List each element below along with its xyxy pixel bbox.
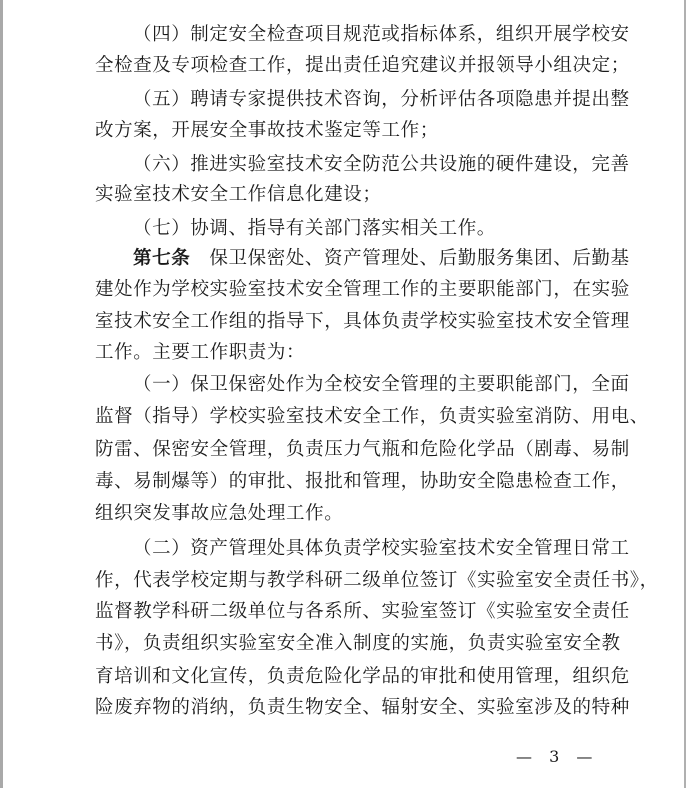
text-line: 第七条 保卫保密处、资产管理处、后勤服务集团、后勤基 bbox=[133, 248, 603, 270]
text-line: （二）资产管理处具体负责学校实验室技术安全管理日常工 bbox=[133, 538, 603, 560]
line-text: 组织突发事故应急处理工作。 bbox=[95, 503, 343, 524]
line-text: （四）制定安全检查项目规范或指标体系，组织开展学校安 bbox=[133, 24, 630, 45]
viewer-left-border bbox=[0, 0, 3, 788]
line-text: （一）保卫保密处作为全校安全管理的主要职能部门，全面 bbox=[133, 374, 630, 395]
line-text: 监督（指导）学校实验室技术安全工作，负责实验室消防、用电、 bbox=[95, 406, 649, 427]
text-line: （一）保卫保密处作为全校安全管理的主要职能部门，全面 bbox=[133, 374, 603, 396]
line-text: 全检查及专项检查工作，提出责任追究建议并报领导小组决定； bbox=[95, 55, 630, 76]
text-line: 监督（指导）学校实验室技术安全工作，负责实验室消防、用电、 bbox=[95, 406, 603, 428]
line-text: 作，代表学校定期与教学科研二级单位签订《实验室安全责任书》， bbox=[95, 570, 659, 591]
line-text: 书》，负责组织实验室安全准入制度的实施，负责实验室安全教 bbox=[95, 633, 621, 654]
line-text: （六）推进实验室技术安全防范公共设施的硬件建设，完善 bbox=[133, 154, 630, 175]
text-line: 监督教学科研二级单位与各系所、实验室签订《实验室安全责任 bbox=[95, 601, 603, 623]
line-text: 改方案，开展安全事故技术鉴定等工作； bbox=[95, 120, 439, 141]
line-text: 险废弃物的消纳，负责生物安全、辐射安全、实验室涉及的特种 bbox=[95, 697, 630, 718]
line-text: 防雷、保密安全管理，负责压力气瓶和危险化学品（剧毒、易制 bbox=[95, 439, 630, 460]
line-text: （二）资产管理处具体负责学校实验室技术安全管理日常工 bbox=[133, 538, 630, 559]
text-line: 防雷、保密安全管理，负责压力气瓶和危险化学品（剧毒、易制 bbox=[95, 439, 603, 461]
text-line: 毒、易制爆等）的审批、报批和管理，协助安全隐患检查工作， bbox=[95, 471, 603, 493]
line-text: 监督教学科研二级单位与各系所、实验室签订《实验室安全责任 bbox=[95, 601, 630, 622]
text-line: 育培训和文化宣传，负责危险化学品的审批和使用管理，组织危 bbox=[95, 666, 603, 688]
text-line: 建处作为学校实验室技术安全管理工作的主要职能部门，在实验 bbox=[95, 279, 603, 301]
text-line: 险废弃物的消纳，负责生物安全、辐射安全、实验室涉及的特种 bbox=[95, 697, 603, 719]
text-line: （七）协调、指导有关部门落实相关工作。 bbox=[133, 218, 603, 240]
line-text: 育培训和文化宣传，负责危险化学品的审批和使用管理，组织危 bbox=[95, 666, 630, 687]
line-text: 保卫保密处、资产管理处、后勤服务集团、后勤基 bbox=[190, 248, 629, 269]
line-text: 工作。主要工作职责为： bbox=[95, 342, 305, 363]
page-number: — 3 — bbox=[516, 747, 598, 766]
line-text: （五）聘请专家提供技术咨询，分析评估各项隐患并提出整 bbox=[133, 89, 630, 110]
text-line: 工作。主要工作职责为： bbox=[95, 342, 603, 364]
text-line: 作，代表学校定期与教学科研二级单位签订《实验室安全责任书》， bbox=[95, 570, 603, 592]
text-line: （五）聘请专家提供技术咨询，分析评估各项隐患并提出整 bbox=[133, 89, 603, 111]
line-text: 毒、易制爆等）的审批、报批和管理，协助安全隐患检查工作， bbox=[95, 471, 630, 492]
text-line: 实验室技术安全工作信息化建设； bbox=[95, 184, 603, 206]
text-line: 书》，负责组织实验室安全准入制度的实施，负责实验室安全教 bbox=[95, 633, 603, 655]
line-text: 实验室技术安全工作信息化建设； bbox=[95, 184, 382, 205]
line-text: 室技术安全工作组的指导下，具体负责学校实验室技术安全管理 bbox=[95, 311, 630, 332]
line-text: 建处作为学校实验室技术安全管理工作的主要职能部门，在实验 bbox=[95, 279, 630, 300]
line-text: （七）协调、指导有关部门落实相关工作。 bbox=[133, 218, 496, 239]
text-line: 组织突发事故应急处理工作。 bbox=[95, 503, 603, 525]
text-line: 改方案，开展安全事故技术鉴定等工作； bbox=[95, 120, 603, 142]
text-line: 全检查及专项检查工作，提出责任追究建议并报领导小组决定； bbox=[95, 55, 603, 77]
text-line: （四）制定安全检查项目规范或指标体系，组织开展学校安 bbox=[133, 24, 603, 46]
text-line: （六）推进实验室技术安全防范公共设施的硬件建设，完善 bbox=[133, 154, 603, 176]
text-line: 室技术安全工作组的指导下，具体负责学校实验室技术安全管理 bbox=[95, 311, 603, 333]
article-heading: 第七条 bbox=[133, 248, 190, 269]
